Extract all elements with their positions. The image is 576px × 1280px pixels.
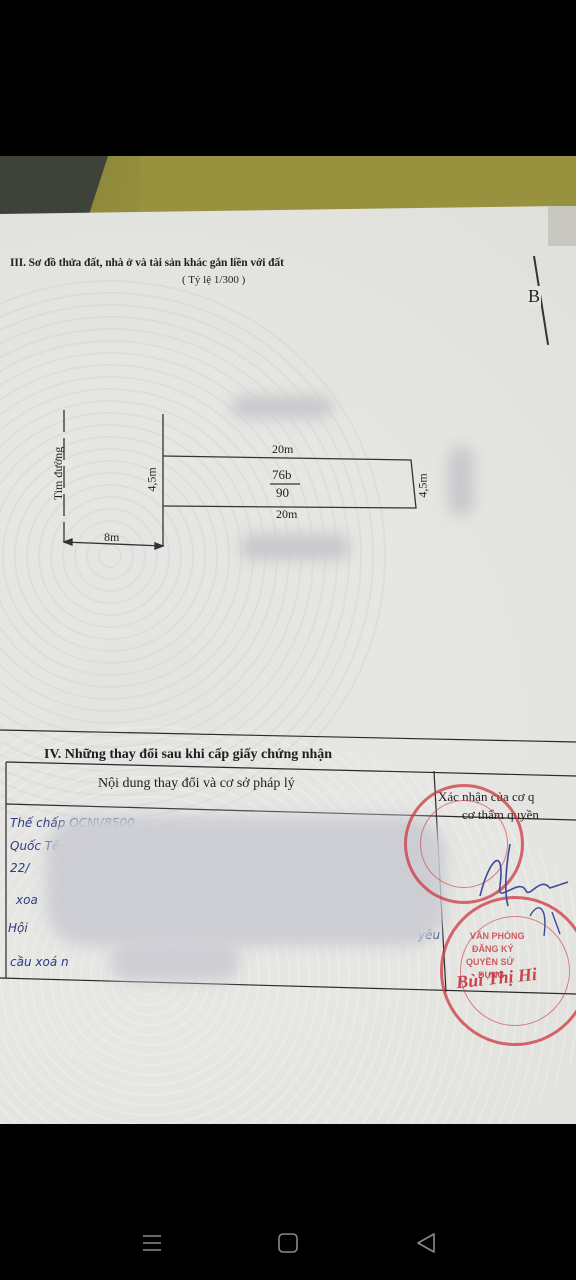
redaction-blur [46,816,446,946]
redaction-blur [110,941,240,981]
column-header-content: Nội dung thay đổi và cơ sở pháp lý [98,776,295,792]
home-icon [277,1232,299,1254]
stamp-text: QUYỀN SỬ [466,957,514,967]
home-button[interactable] [273,1228,303,1258]
handwritten-line: 22/ [10,861,29,875]
back-button[interactable] [411,1228,441,1258]
back-icon [415,1232,437,1254]
recents-button[interactable] [137,1228,167,1258]
handwritten-line: xoa [16,893,38,907]
top-letterbox [0,0,576,156]
handwritten-line: Hội [8,921,28,935]
recents-icon [141,1232,163,1254]
handwritten-line: cầu xoá n [10,955,69,969]
signature-scribble [460,836,576,946]
document-photo: III. Sơ đồ thửa đất, nhà ở và tài sản kh… [0,156,576,1124]
section-4-title: IV. Những thay đổi sau khi cấp giấy chứn… [44,747,332,763]
